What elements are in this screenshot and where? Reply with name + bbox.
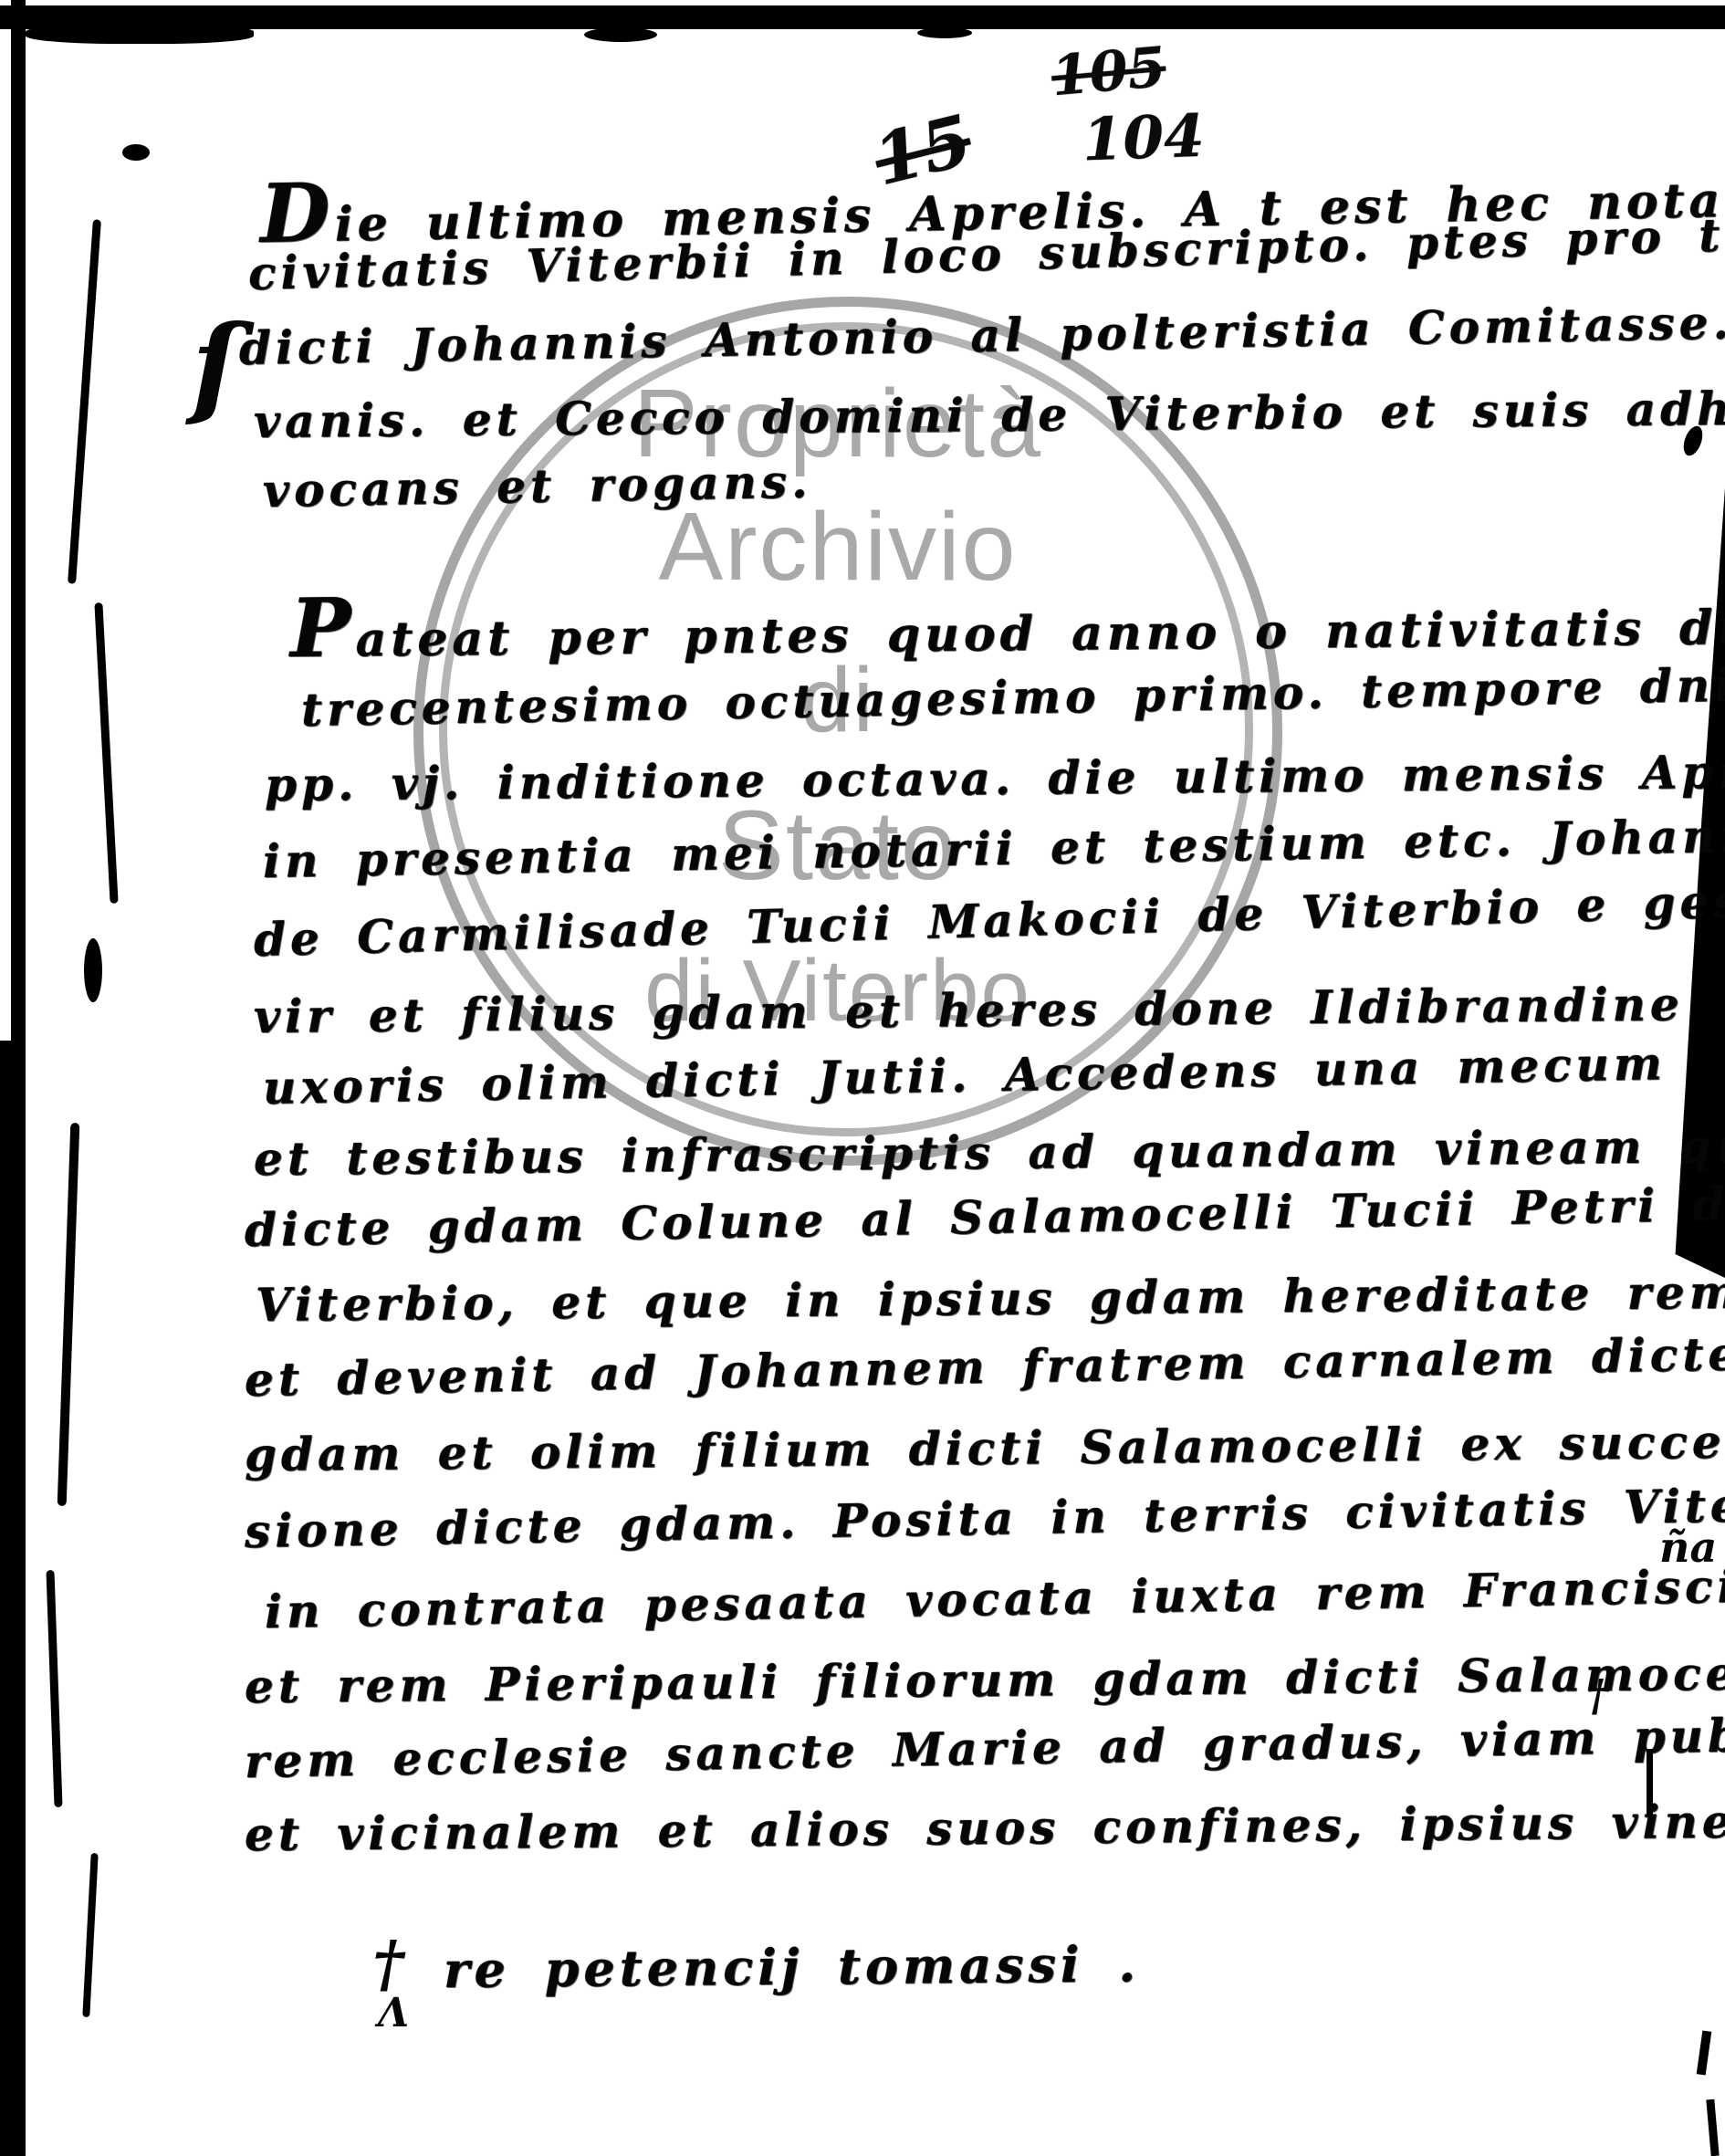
cross-legs-mark: Λ xyxy=(378,1990,409,2036)
manuscript-line: et rem Pieripauli filiorum gdam dicti Sa… xyxy=(245,1646,1725,1713)
manuscript-line: et vicinalem et alios suos confines, ips… xyxy=(245,1794,1725,1861)
margin-flourish: ſ xyxy=(192,301,239,430)
manuscript-page: Proprietà Archivio di Stato di Viterbo 1… xyxy=(0,0,1725,2156)
scan-left-bar xyxy=(0,1041,11,2156)
cross-mark: † xyxy=(1586,1670,1609,1722)
margin-note: ña xyxy=(1659,1523,1717,1572)
ink-streak xyxy=(68,219,101,584)
manuscript-line: et devenit ad Johannem fratrem carnalem … xyxy=(244,1324,1725,1407)
ink-streak xyxy=(94,602,118,904)
manuscript-line: in contrata pesaata vocata iuxta rem Fra… xyxy=(264,1559,1725,1638)
manuscript-line: sione dicte gdam. Posita in terris civit… xyxy=(244,1476,1725,1558)
manuscript-line: et testibus infrascriptis ad quandam vin… xyxy=(254,1115,1725,1186)
signature-line: re petencij tomassi . xyxy=(444,1934,1141,1999)
manuscript-line: Pateat per pntes quod anno o nativitatis… xyxy=(290,565,1725,675)
manuscript-line: Viterbio, et que in ipsius gdam heredita… xyxy=(256,1263,1725,1332)
folio-number-struck: 105 xyxy=(1049,36,1168,110)
scan-edge-scratch xyxy=(1706,2099,1719,2156)
manuscript-line: vanis. et Cecco domini de Viterbio et su… xyxy=(254,381,1725,448)
ink-streak xyxy=(57,1123,80,1506)
manuscript-line: rem ecclesie sancte Marie ad gradus, via… xyxy=(244,1708,1725,1788)
ink-streak xyxy=(46,1570,62,1807)
manuscript-line: vocans et rogans. xyxy=(262,455,811,518)
scan-edge-blob xyxy=(917,27,972,38)
manuscript-line: gdam et olim filium dicti Salamocelli ex… xyxy=(245,1414,1725,1481)
ink-blot xyxy=(84,938,102,1002)
ink-blot xyxy=(122,144,150,161)
manuscript-line: vir et filius gdam et heres done Ildibra… xyxy=(254,977,1684,1043)
scan-top-border xyxy=(0,5,1725,29)
folio-number: 104 xyxy=(1082,102,1206,175)
scan-edge-blob xyxy=(26,24,254,44)
manuscript-line: dicte gdam Colune al Salamocelli Tucii P… xyxy=(244,1177,1725,1257)
scan-edge-scratch xyxy=(1697,2031,1712,2076)
scan-edge-blob xyxy=(584,27,657,42)
ink-streak xyxy=(82,1853,98,2017)
scan-left-border xyxy=(11,0,26,2156)
